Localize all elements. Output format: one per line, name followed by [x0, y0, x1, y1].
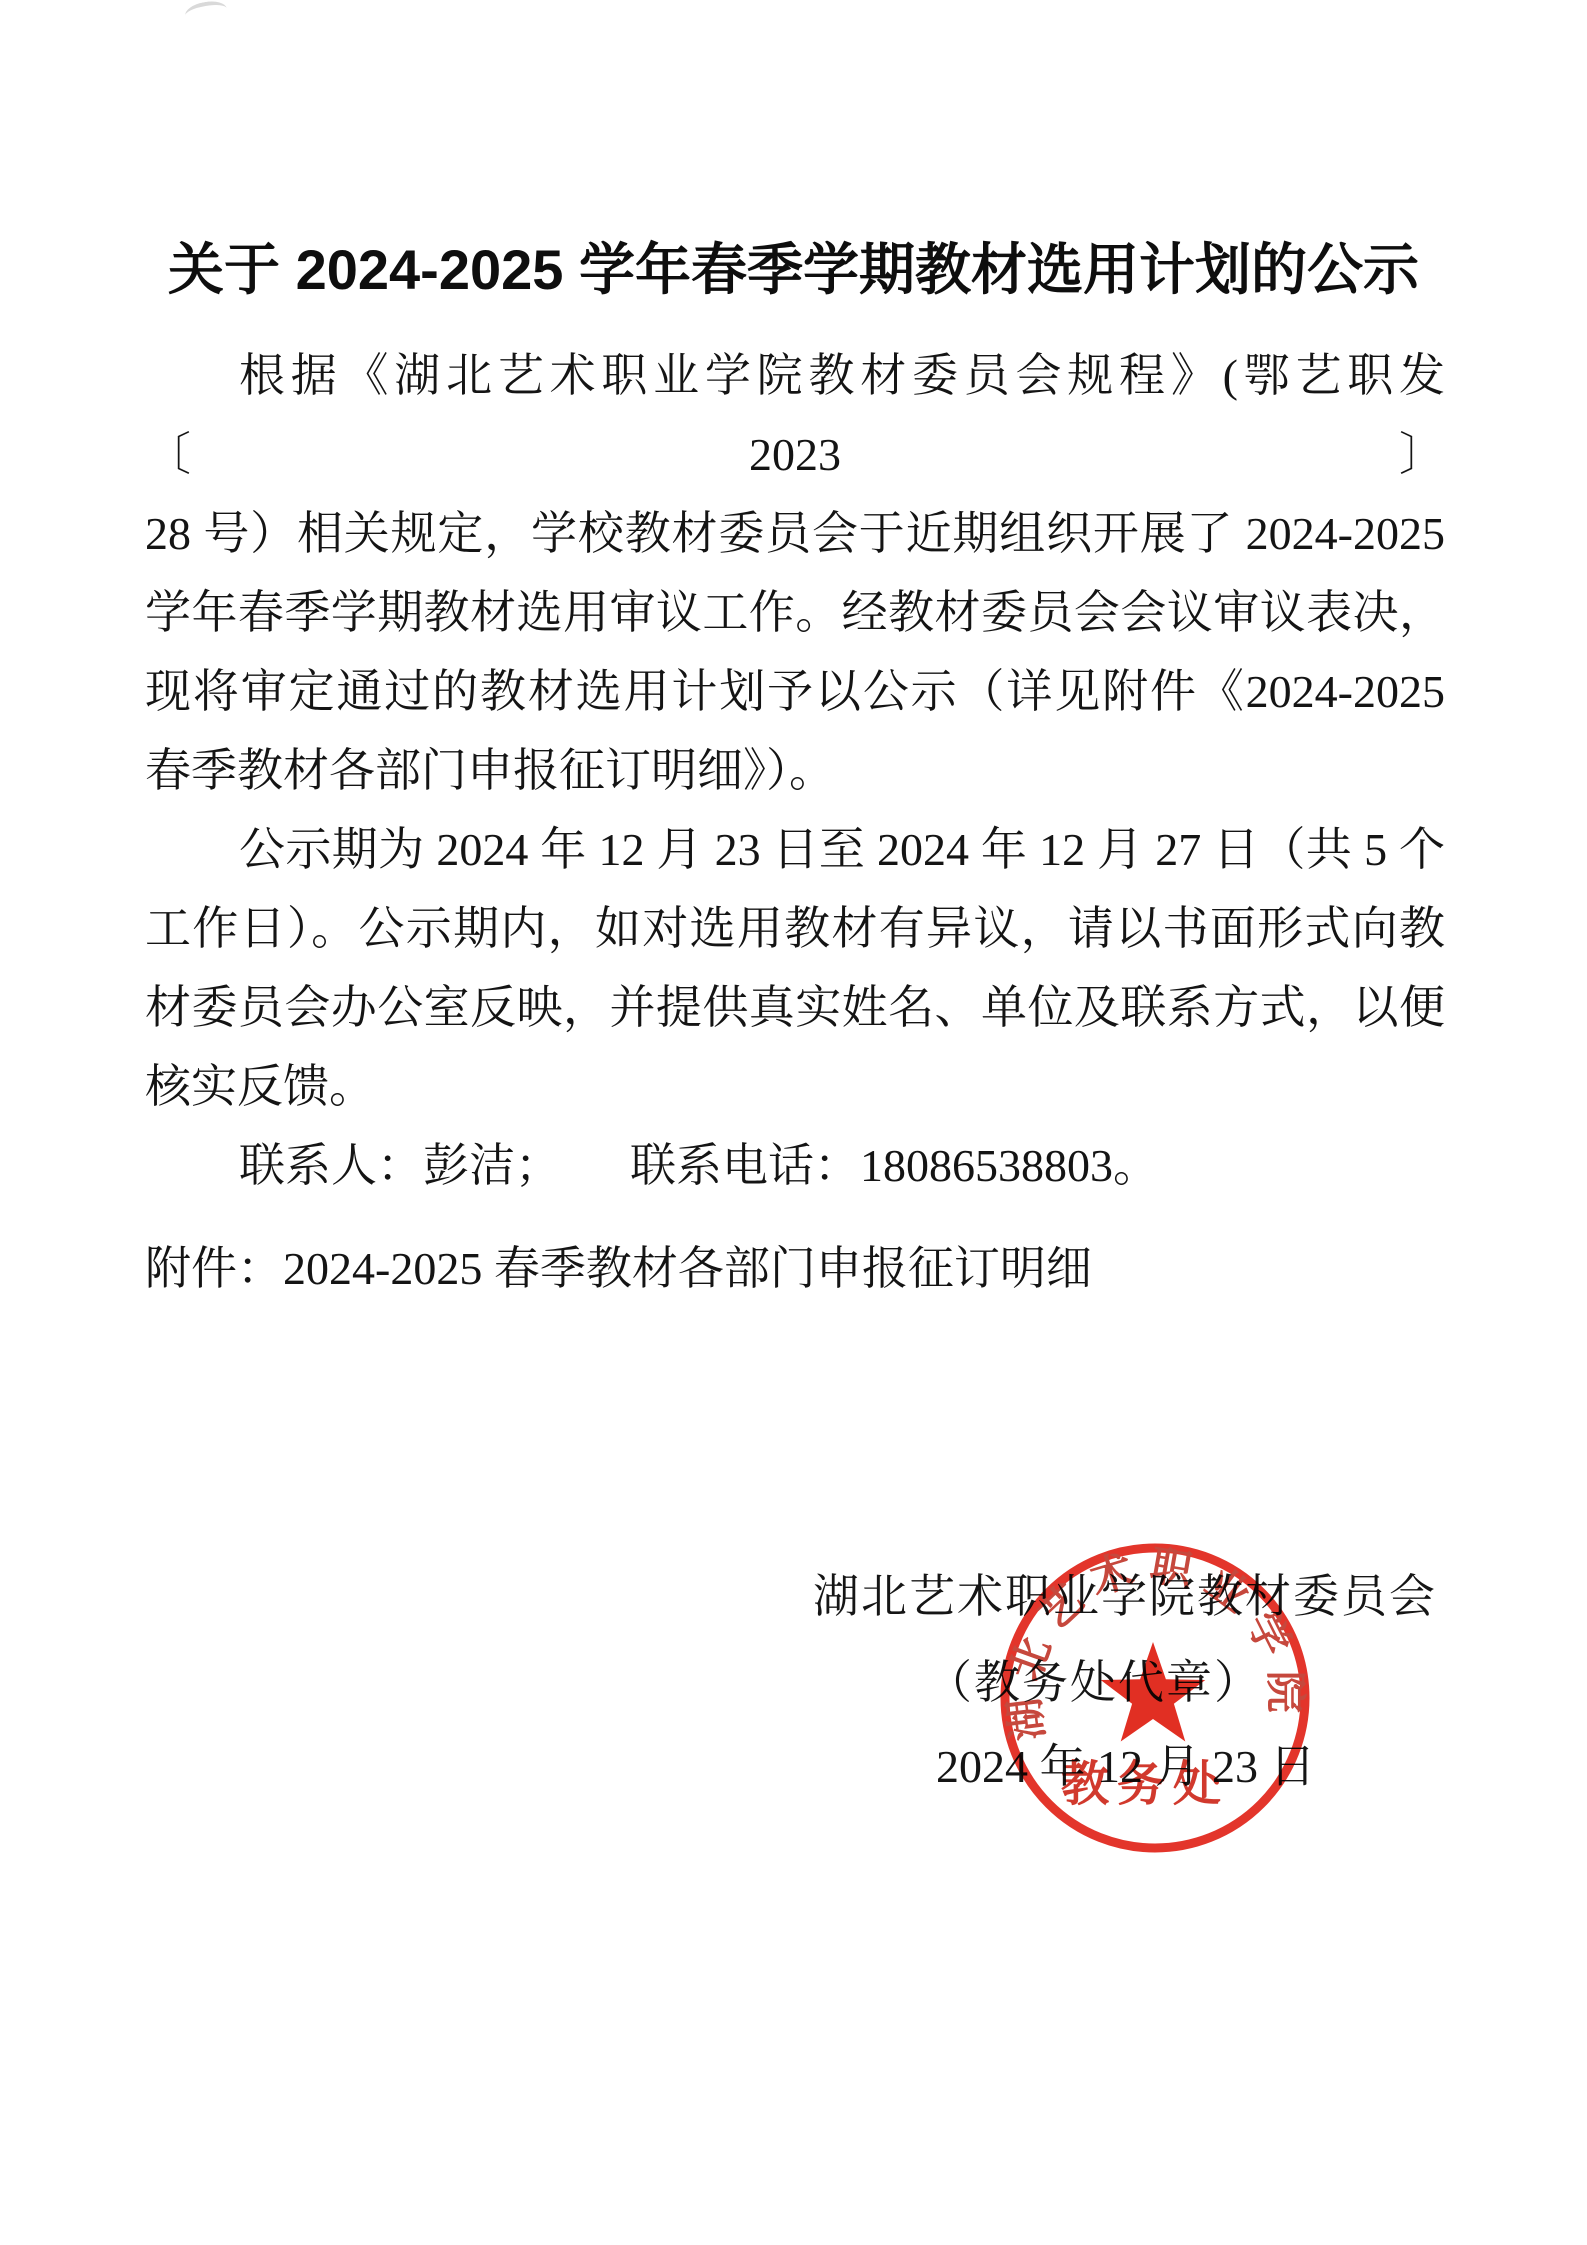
- document-body: 根据《湖北艺术职业学院教材委员会规程》(鄂艺职发〔2023〕 28 号）相关规定…: [145, 336, 1445, 1205]
- seal-bottom-text: 教务处: [1061, 1758, 1229, 1811]
- body-line: 公示期为 2024 年 12 月 23 日至 2024 年 12 月 27 日（…: [145, 810, 1445, 889]
- body-line: 根据《湖北艺术职业学院教材委员会规程》(鄂艺职发〔2023〕: [145, 336, 1445, 494]
- document-title: 关于 2024-2025 学年春季学期教材选用计划的公示: [0, 226, 1587, 306]
- seal-star: [1101, 1642, 1206, 1742]
- contact-line: 联系人：彭洁； 联系电话：18086538803。: [145, 1126, 1445, 1205]
- body-line: 春季教材各部门申报征订明细》）。: [145, 731, 1445, 810]
- scan-artifact: [184, 0, 229, 25]
- body-line: 现将审定通过的教材选用计划予以公示（详见附件《2024-2025: [145, 652, 1445, 731]
- document-page: 关于 2024-2025 学年春季学期教材选用计划的公示 根据《湖北艺术职业学院…: [0, 0, 1587, 2245]
- official-seal: 湖北艺术职业学院 教务处: [985, 1530, 1325, 1890]
- body-line: 工作日）。公示期内，如对选用教材有异议，请以书面形式向教: [145, 889, 1445, 968]
- body-line: 核实反馈。: [145, 1047, 1445, 1126]
- body-line: 材委员会办公室反映，并提供真实姓名、单位及联系方式，以便: [145, 968, 1445, 1047]
- body-line: 28 号）相关规定，学校教材委员会于近期组织开展了 2024-2025: [145, 494, 1445, 573]
- body-line: 学年春季学期教材选用审议工作。经教材委员会会议审议表决，: [145, 573, 1445, 652]
- attachment-line: 附件：2024-2025 春季教材各部门申报征订明细: [145, 1232, 1092, 1298]
